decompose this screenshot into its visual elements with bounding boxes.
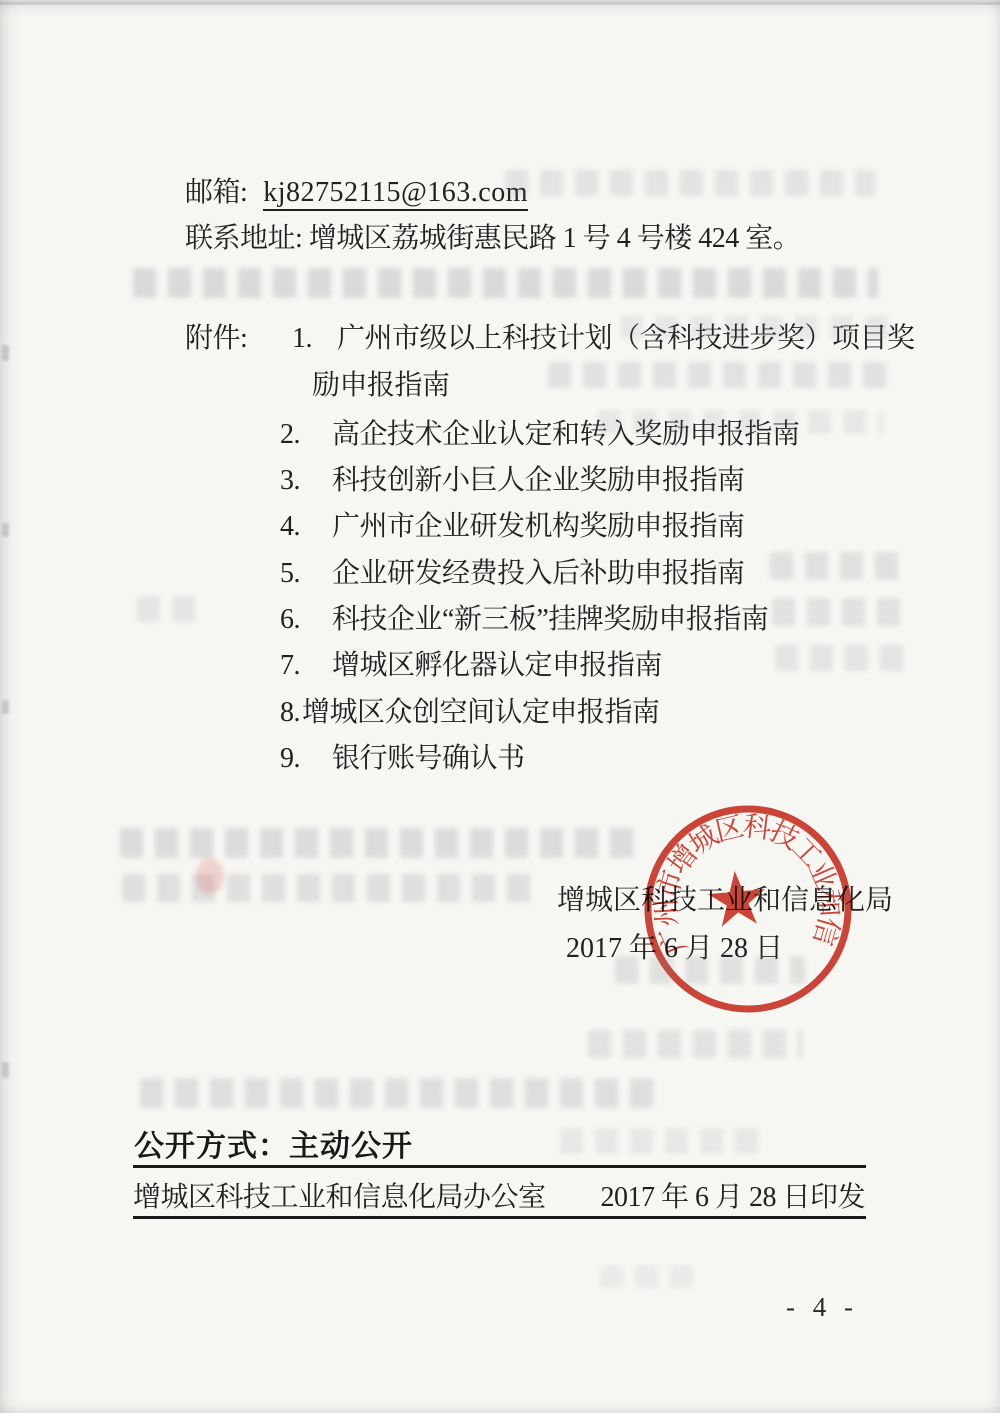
item-number: 6. bbox=[280, 603, 332, 637]
email-label: 邮箱: bbox=[185, 177, 247, 208]
attachment-item-7: 7.增城区孵化器认定申报指南 bbox=[280, 649, 662, 683]
scan-edge-artifact bbox=[0, 2, 1000, 5]
bleed-through-artifact bbox=[120, 828, 640, 858]
attachment-item-3: 3.科技创新小巨人企业奖励申报指南 bbox=[280, 464, 745, 498]
attachment-item-5: 5.企业研发经费投入后补助申报指南 bbox=[280, 557, 745, 591]
item-number: 5. bbox=[280, 557, 332, 591]
scan-speck-artifact bbox=[2, 1062, 9, 1078]
issuing-office: 增城区科技工业和信息化局办公室 bbox=[133, 1181, 546, 1215]
attachment-item-2: 2.高企技术企业认定和转入奖励申报指南 bbox=[280, 418, 800, 452]
attachment-item-1-wrap: 励申报指南 bbox=[312, 369, 450, 403]
footer-rule-bottom bbox=[133, 1216, 866, 1219]
bleed-through-artifact bbox=[133, 268, 878, 298]
item-text: 科技企业“新三板”挂牌奖励申报指南 bbox=[332, 604, 768, 635]
bleed-through-artifact bbox=[772, 598, 912, 626]
email-address: kj82752115@163.com bbox=[263, 177, 528, 211]
item-number: 9. bbox=[280, 742, 332, 776]
item-number: 1. bbox=[292, 322, 337, 356]
item-number: 8. bbox=[280, 696, 300, 730]
scan-speck-artifact bbox=[2, 523, 9, 537]
item-text: 银行账号确认书 bbox=[332, 743, 525, 774]
bleed-through-artifact bbox=[775, 645, 910, 671]
scan-speck-artifact bbox=[2, 345, 9, 361]
item-text: 增城区孵化器认定申报指南 bbox=[332, 650, 662, 681]
item-text: 科技创新小巨人企业奖励申报指南 bbox=[332, 465, 745, 496]
item-text: 增城区众创空间认定申报指南 bbox=[302, 697, 660, 728]
bleed-through-artifact bbox=[770, 552, 905, 580]
item-text: 广州市级以上科技计划（含科技进步奖）项目奖 bbox=[337, 323, 915, 354]
item-number: 2. bbox=[280, 418, 332, 452]
attachment-item-9: 9.银行账号确认书 bbox=[280, 742, 525, 776]
item-text: 高企技术企业认定和转入奖励申报指南 bbox=[332, 419, 800, 450]
attachment-item-1: 1.广州市级以上科技计划（含科技进步奖）项目奖 bbox=[292, 322, 915, 356]
attachments-label: 附件: bbox=[185, 322, 247, 356]
red-smudge-artifact bbox=[196, 858, 224, 894]
item-number: 4. bbox=[280, 510, 332, 544]
star-icon bbox=[706, 869, 768, 928]
disclosure-method-line: 公开方式：主动公开 bbox=[134, 1121, 413, 1165]
official-seal: 广州市增城区科技工业和信息化局 bbox=[633, 794, 863, 1024]
attachment-item-6: 6.科技企业“新三板”挂牌奖励申报指南 bbox=[280, 603, 768, 637]
bleed-through-artifact bbox=[140, 1078, 660, 1108]
bleed-through-artifact bbox=[548, 362, 898, 388]
scan-speck-artifact bbox=[2, 700, 9, 714]
issue-date: 2017 年 6 月 28 日印发 bbox=[600, 1181, 865, 1215]
email-line: 邮箱:kj82752115@163.com bbox=[185, 176, 528, 210]
item-number: 3. bbox=[280, 464, 332, 498]
bleed-through-artifact bbox=[560, 1128, 765, 1154]
bleed-through-artifact bbox=[122, 874, 542, 902]
contact-address-line: 联系地址: 增城区荔城街惠民路 1 号 4 号楼 424 室。 bbox=[185, 222, 800, 256]
attachment-item-8: 8.增城区众创空间认定申报指南 bbox=[280, 696, 660, 730]
item-text: 企业研发经费投入后补助申报指南 bbox=[332, 558, 745, 589]
bleed-through-artifact bbox=[137, 596, 205, 622]
attachment-item-4: 4.广州市企业研发机构奖励申报指南 bbox=[280, 510, 745, 544]
item-text: 广州市企业研发机构奖励申报指南 bbox=[332, 511, 745, 542]
bleed-through-artifact bbox=[600, 1266, 695, 1288]
page-number: - 4 - bbox=[786, 1290, 854, 1324]
seal-arc-text: 广州市增城区科技工业和信息化局 bbox=[643, 802, 849, 965]
footer-rule-top bbox=[133, 1165, 866, 1168]
bleed-through-artifact bbox=[588, 1030, 803, 1058]
scanned-official-document-page: { "contact": { "email_label": "邮箱:", "em… bbox=[0, 0, 1000, 1413]
item-number: 7. bbox=[280, 649, 332, 683]
bleed-through-artifact bbox=[505, 170, 875, 196]
